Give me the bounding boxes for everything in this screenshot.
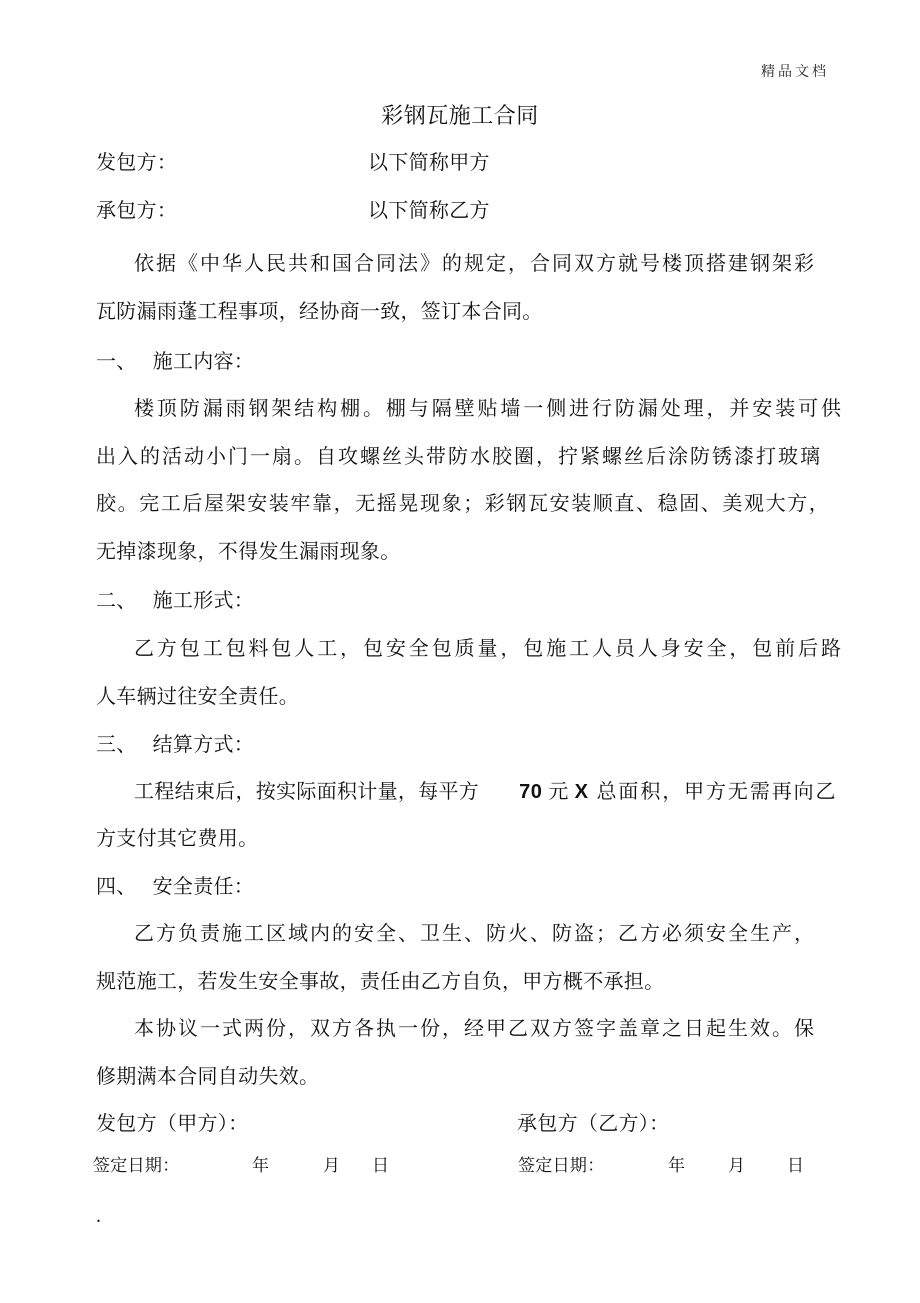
section-title: 施工内容： (153, 351, 255, 373)
preamble-line: 依据《中华人民共和国合同法》的规定，合同双方就号楼顶搭建钢架彩 (134, 251, 816, 277)
section-3-heading: 三、结算方式： (96, 732, 254, 758)
day-label-a: 日 (372, 1155, 389, 1177)
section-4-heading: 四、安全责任： (96, 874, 254, 900)
party-b-alias: 以下简称乙方 (368, 198, 490, 224)
contract-document-page: 精品文档 彩钢瓦施工合同 发包方： 以下简称甲方 承包方： 以下简称乙方 依据《… (0, 0, 920, 1303)
section-number: 二、 (96, 590, 137, 612)
payment-suffix: 总面积，甲方无需再向乙 (597, 781, 838, 803)
month-label-a: 月 (323, 1155, 340, 1177)
sign-date-label-a: 签定日期： (93, 1155, 180, 1177)
document-title: 彩钢瓦施工合同 (0, 99, 920, 130)
sign-date-label-b: 签定日期： (518, 1155, 605, 1177)
body-line: 乙方包工包料包人工，包安全包质量，包施工人员人身安全，包前后路 (134, 636, 844, 662)
section-number: 三、 (96, 734, 137, 756)
body-line: 规范施工，若发生安全事故，责任由乙方自负，甲方概不承担。 (96, 969, 664, 995)
payment-line: 工程结束后，按实际面积计量，每平方70元X总面积，甲方无需再向乙 (134, 779, 837, 805)
party-a-label: 发包方： (96, 150, 177, 176)
body-line: 楼顶防漏雨钢架结构棚。棚与隔壁贴墙一侧进行防漏处理，并安装可供 (134, 396, 844, 422)
day-label-b: 日 (787, 1155, 804, 1177)
signature-party-b-label: 承包方（乙方）： (517, 1111, 669, 1137)
multiply-sign: X (575, 781, 589, 803)
body-line: 方支付其它费用。 (96, 826, 258, 852)
corner-note: 精品文档 (761, 64, 829, 82)
body-line: 无掉漆现象，不得发生漏雨现象。 (96, 539, 401, 565)
section-title: 施工形式： (153, 590, 255, 612)
preamble-line: 瓦防漏雨蓬工程事项，经协商一致，签订本合同。 (96, 299, 543, 325)
body-line: 乙方负责施工区域内的安全、卫生、防火、防盗；乙方必须安全生产， (134, 921, 816, 947)
section-number: 四、 (96, 876, 137, 898)
year-label-b: 年 (668, 1155, 685, 1177)
closing-line: 本协议一式两份，双方各执一份，经甲乙双方签字盖章之日起生效。保 (134, 1016, 816, 1042)
body-line: 胶。完工后屋架安装牢靠，无摇晃现象；彩钢瓦安装顺直、稳固、美观大方， (96, 491, 830, 517)
body-line: 人车辆过往安全责任。 (96, 684, 299, 710)
body-line: 出入的活动小门一扇。自攻螺丝头带防水胶圈，拧紧螺丝后涂防锈漆打玻璃 (96, 444, 822, 470)
section-title: 结算方式： (153, 734, 255, 756)
section-title: 安全责任： (153, 876, 255, 898)
party-a-alias: 以下简称甲方 (368, 150, 490, 176)
closing-line: 修期满本合同自动失效。 (96, 1064, 319, 1090)
trailing-period: . (96, 1203, 101, 1229)
section-2-heading: 二、施工形式： (96, 588, 254, 614)
payment-prefix: 工程结束后，按实际面积计量，每平方 (134, 781, 479, 803)
price-value: 70 (519, 781, 542, 803)
year-label-a: 年 (252, 1155, 269, 1177)
section-1-heading: 一、施工内容： (96, 349, 254, 375)
section-number: 一、 (96, 351, 137, 373)
month-label-b: 月 (728, 1155, 745, 1177)
signature-party-a-label: 发包方（甲方）： (96, 1111, 248, 1137)
price-unit: 元 (548, 781, 568, 803)
party-b-label: 承包方： (96, 198, 177, 224)
